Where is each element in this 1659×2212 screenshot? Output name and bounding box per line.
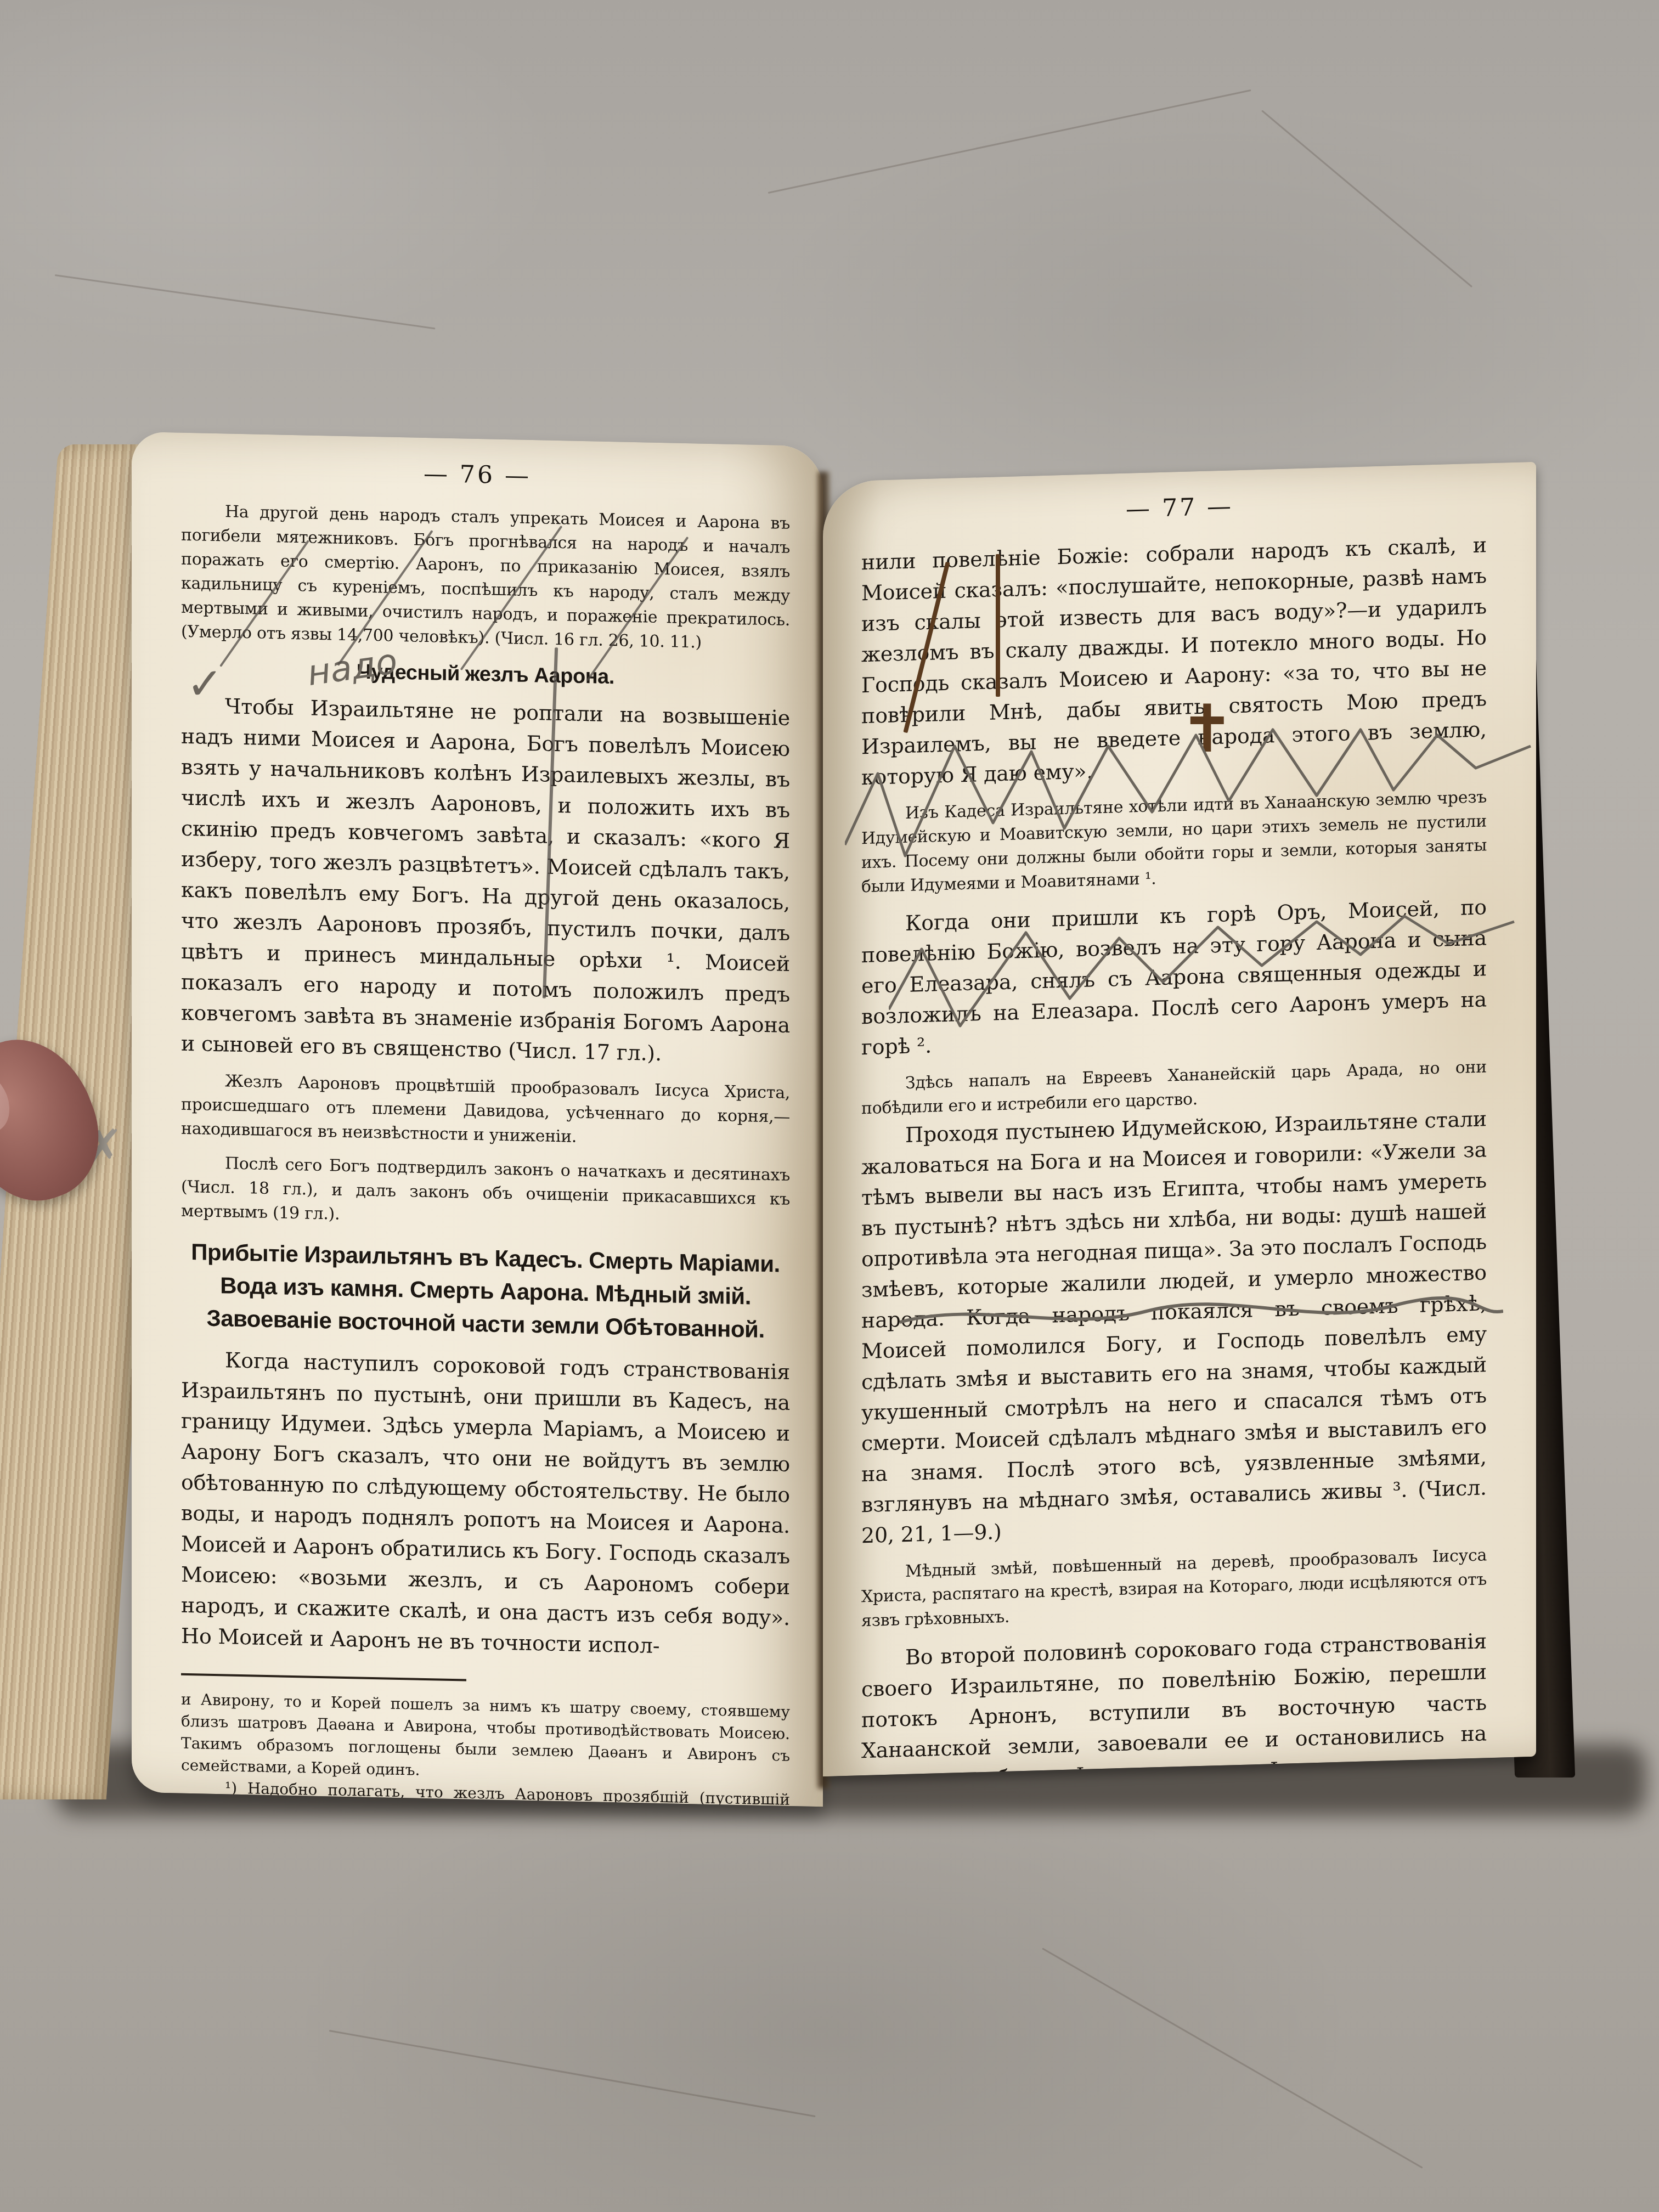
paragraph: Во второй половинѣ сороковаго года стран…: [861, 1626, 1487, 1776]
table-scratch: [55, 274, 436, 329]
pencil-zigzag: [889, 900, 1547, 1037]
brown-ink-stroke: [996, 554, 1000, 697]
pencil-zigzag: [845, 713, 1558, 878]
right-page: — 77 — нили повелѣніе Божіе: собрали нар…: [823, 462, 1536, 1776]
footnote-rule: [181, 1673, 466, 1681]
paragraph: Послѣ сего Богъ подтвердилъ законъ о нач…: [181, 1151, 790, 1236]
footnote: и Авирону, то и Корей пошелъ за нимъ къ …: [181, 1689, 790, 1789]
table-scratch: [1261, 110, 1472, 287]
paragraph: Жезлъ Аароновъ процвѣтшій прообразовалъ …: [181, 1069, 790, 1154]
table-scratch: [768, 89, 1251, 194]
paragraph: Чтобы Израильтяне не роптали на возвышен…: [181, 690, 790, 1071]
page-number: — 77 —: [823, 484, 1536, 532]
chapter-heading: Прибытіе Израильтянъ въ Кадесъ. Смерть М…: [181, 1235, 790, 1347]
pencil-check-icon: ✓: [187, 658, 223, 709]
page-number: — 76 —: [132, 454, 823, 496]
table-scratch: [329, 2030, 816, 2117]
section-heading: Чудесный жезлъ Аарона.: [181, 654, 790, 695]
thumbnail: [0, 1067, 18, 1139]
paragraph: Когда наступилъ сороковой годъ странство…: [181, 1344, 790, 1664]
table-scratch: [1042, 1948, 1423, 2169]
left-page: — 76 — На другой день народъ сталъ упрек…: [132, 432, 823, 1807]
pencil-wavy-underline: [900, 1295, 1503, 1339]
